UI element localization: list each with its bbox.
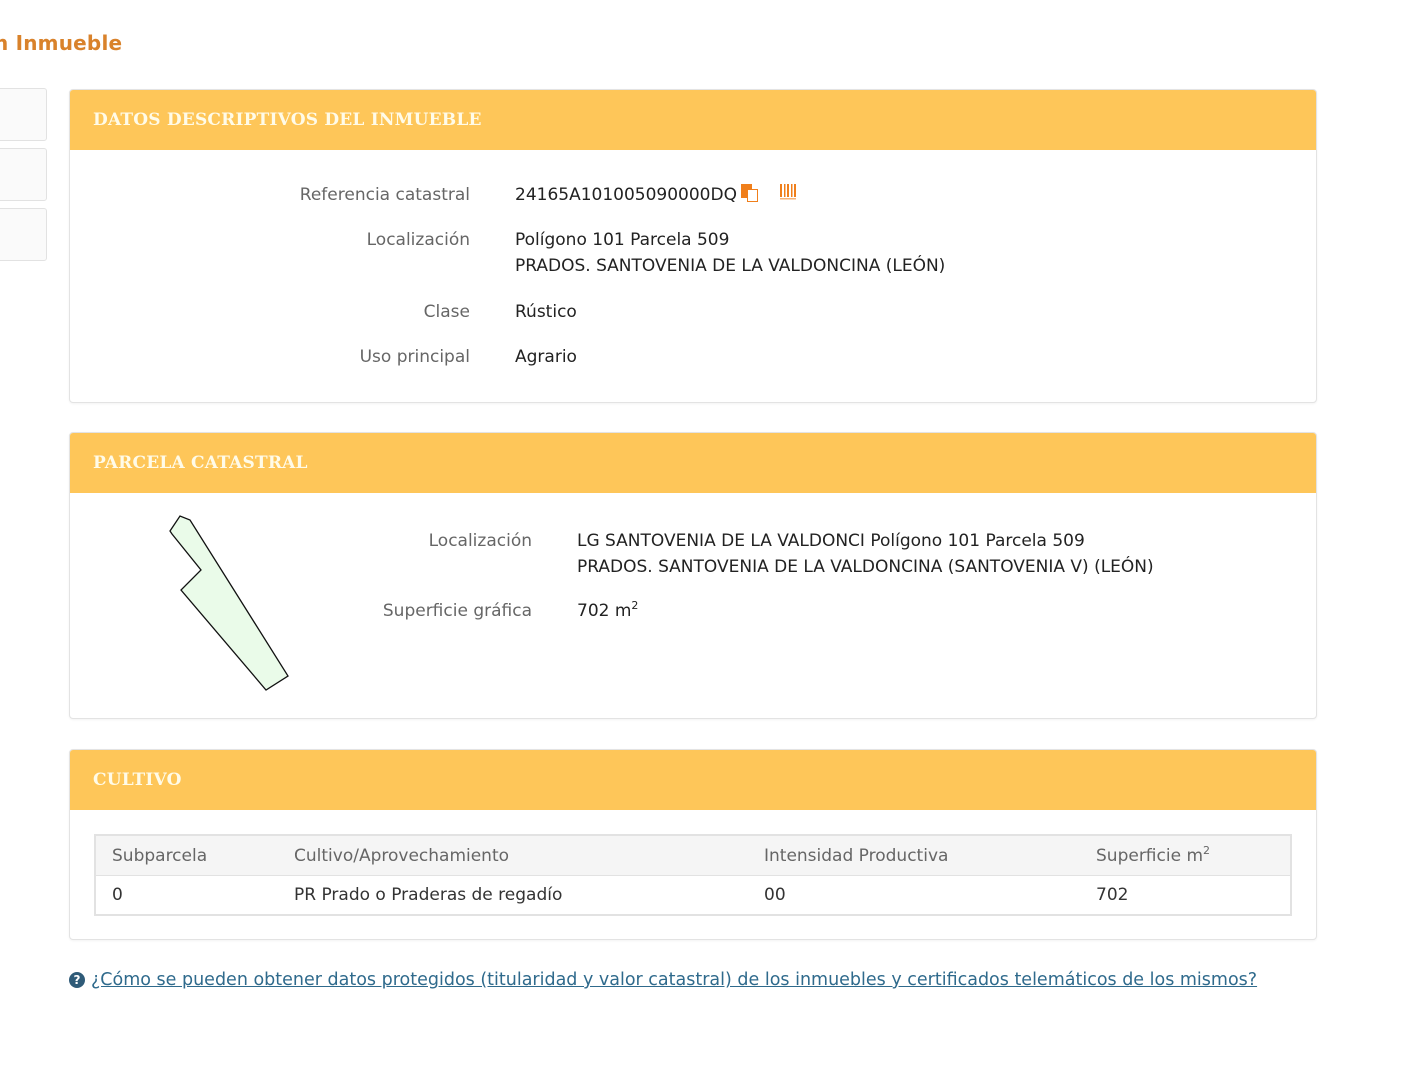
superficie-row: Superficie gráfica 702 m2 — [70, 598, 638, 624]
localizacion-row: Localización Polígono 101 Parcela 509 PR… — [70, 227, 945, 279]
parcela-catastral-title: PARCELA CATASTRAL — [93, 453, 308, 473]
question-circle-icon: ? — [69, 972, 85, 988]
localizacion-value: Polígono 101 Parcela 509 PRADOS. SANTOVE… — [515, 227, 945, 279]
uso-label: Uso principal — [70, 344, 470, 370]
parcela-catastral-card: PARCELA CATASTRAL Localización LG SANTOV… — [69, 432, 1317, 719]
cultivo-title: CULTIVO — [93, 770, 182, 790]
referencia-label: Referencia catastral — [70, 182, 470, 209]
table-cell: PR Prado o Praderas de regadío — [278, 876, 748, 916]
side-tab-3[interactable] — [0, 208, 47, 261]
cultivo-table: SubparcelaCultivo/AprovechamientoIntensi… — [94, 834, 1292, 916]
cultivo-table-header: SubparcelaCultivo/AprovechamientoIntensi… — [95, 835, 1291, 876]
localizacion-line2: PRADOS. SANTOVENIA DE LA VALDONCINA (LEÓ… — [515, 253, 945, 279]
table-cell: 702 — [1080, 876, 1291, 916]
parcela-localizacion-value: LG SANTOVENIA DE LA VALDONCI Polígono 10… — [577, 528, 1154, 580]
table-cell: 00 — [748, 876, 1080, 916]
table-cell: 0 — [95, 876, 278, 916]
datos-protegidos-link[interactable]: ¿Cómo se pueden obtener datos protegidos… — [91, 970, 1257, 990]
datos-descriptivos-title: DATOS DESCRIPTIVOS DEL INMUEBLE — [93, 110, 482, 130]
column-header: Intensidad Productiva — [748, 835, 1080, 876]
datos-descriptivos-header[interactable]: DATOS DESCRIPTIVOS DEL INMUEBLE — [70, 90, 1316, 150]
superficie-label: Superficie gráfica — [70, 598, 532, 624]
localizacion-label: Localización — [70, 227, 470, 279]
referencia-value-wrap: 24165A101005090000DQ — [515, 182, 799, 209]
uso-row: Uso principal Agrario — [70, 344, 577, 370]
side-tab-1[interactable] — [0, 88, 47, 141]
parcela-localizacion-line1: LG SANTOVENIA DE LA VALDONCI Polígono 10… — [577, 528, 1154, 554]
page-title: n Inmueble — [0, 31, 122, 55]
referencia-value: 24165A101005090000DQ — [515, 185, 737, 205]
cultivo-header[interactable]: CULTIVO — [70, 750, 1316, 810]
side-tab-2[interactable] — [0, 148, 47, 201]
parcela-catastral-header[interactable]: PARCELA CATASTRAL — [70, 433, 1316, 493]
column-header: Cultivo/Aprovechamiento — [278, 835, 748, 876]
column-header: Superficie m2 — [1080, 835, 1291, 876]
clase-value: Rústico — [515, 299, 577, 325]
superficie-value: 702 m2 — [577, 598, 638, 624]
datos-descriptivos-card: DATOS DESCRIPTIVOS DEL INMUEBLE Referenc… — [69, 89, 1317, 403]
cultivo-card: CULTIVO SubparcelaCultivo/Aprovechamient… — [69, 749, 1317, 940]
localizacion-line1: Polígono 101 Parcela 509 — [515, 227, 945, 253]
help-section: ?¿Cómo se pueden obtener datos protegido… — [69, 967, 1299, 994]
parcela-localizacion-label: Localización — [70, 528, 532, 580]
copy-icon[interactable] — [741, 184, 759, 202]
clase-label: Clase — [70, 299, 470, 325]
parcela-localizacion-row: Localización LG SANTOVENIA DE LA VALDONC… — [70, 528, 1154, 580]
clase-row: Clase Rústico — [70, 299, 577, 325]
parcela-localizacion-line2: PRADOS. SANTOVENIA DE LA VALDONCINA (SAN… — [577, 554, 1154, 580]
uso-value: Agrario — [515, 344, 577, 370]
referencia-row: Referencia catastral 24165A101005090000D… — [70, 182, 799, 209]
barcode-icon[interactable] — [779, 183, 799, 209]
column-header: Subparcela — [95, 835, 278, 876]
table-row: 0PR Prado o Praderas de regadío00702 — [95, 876, 1291, 916]
